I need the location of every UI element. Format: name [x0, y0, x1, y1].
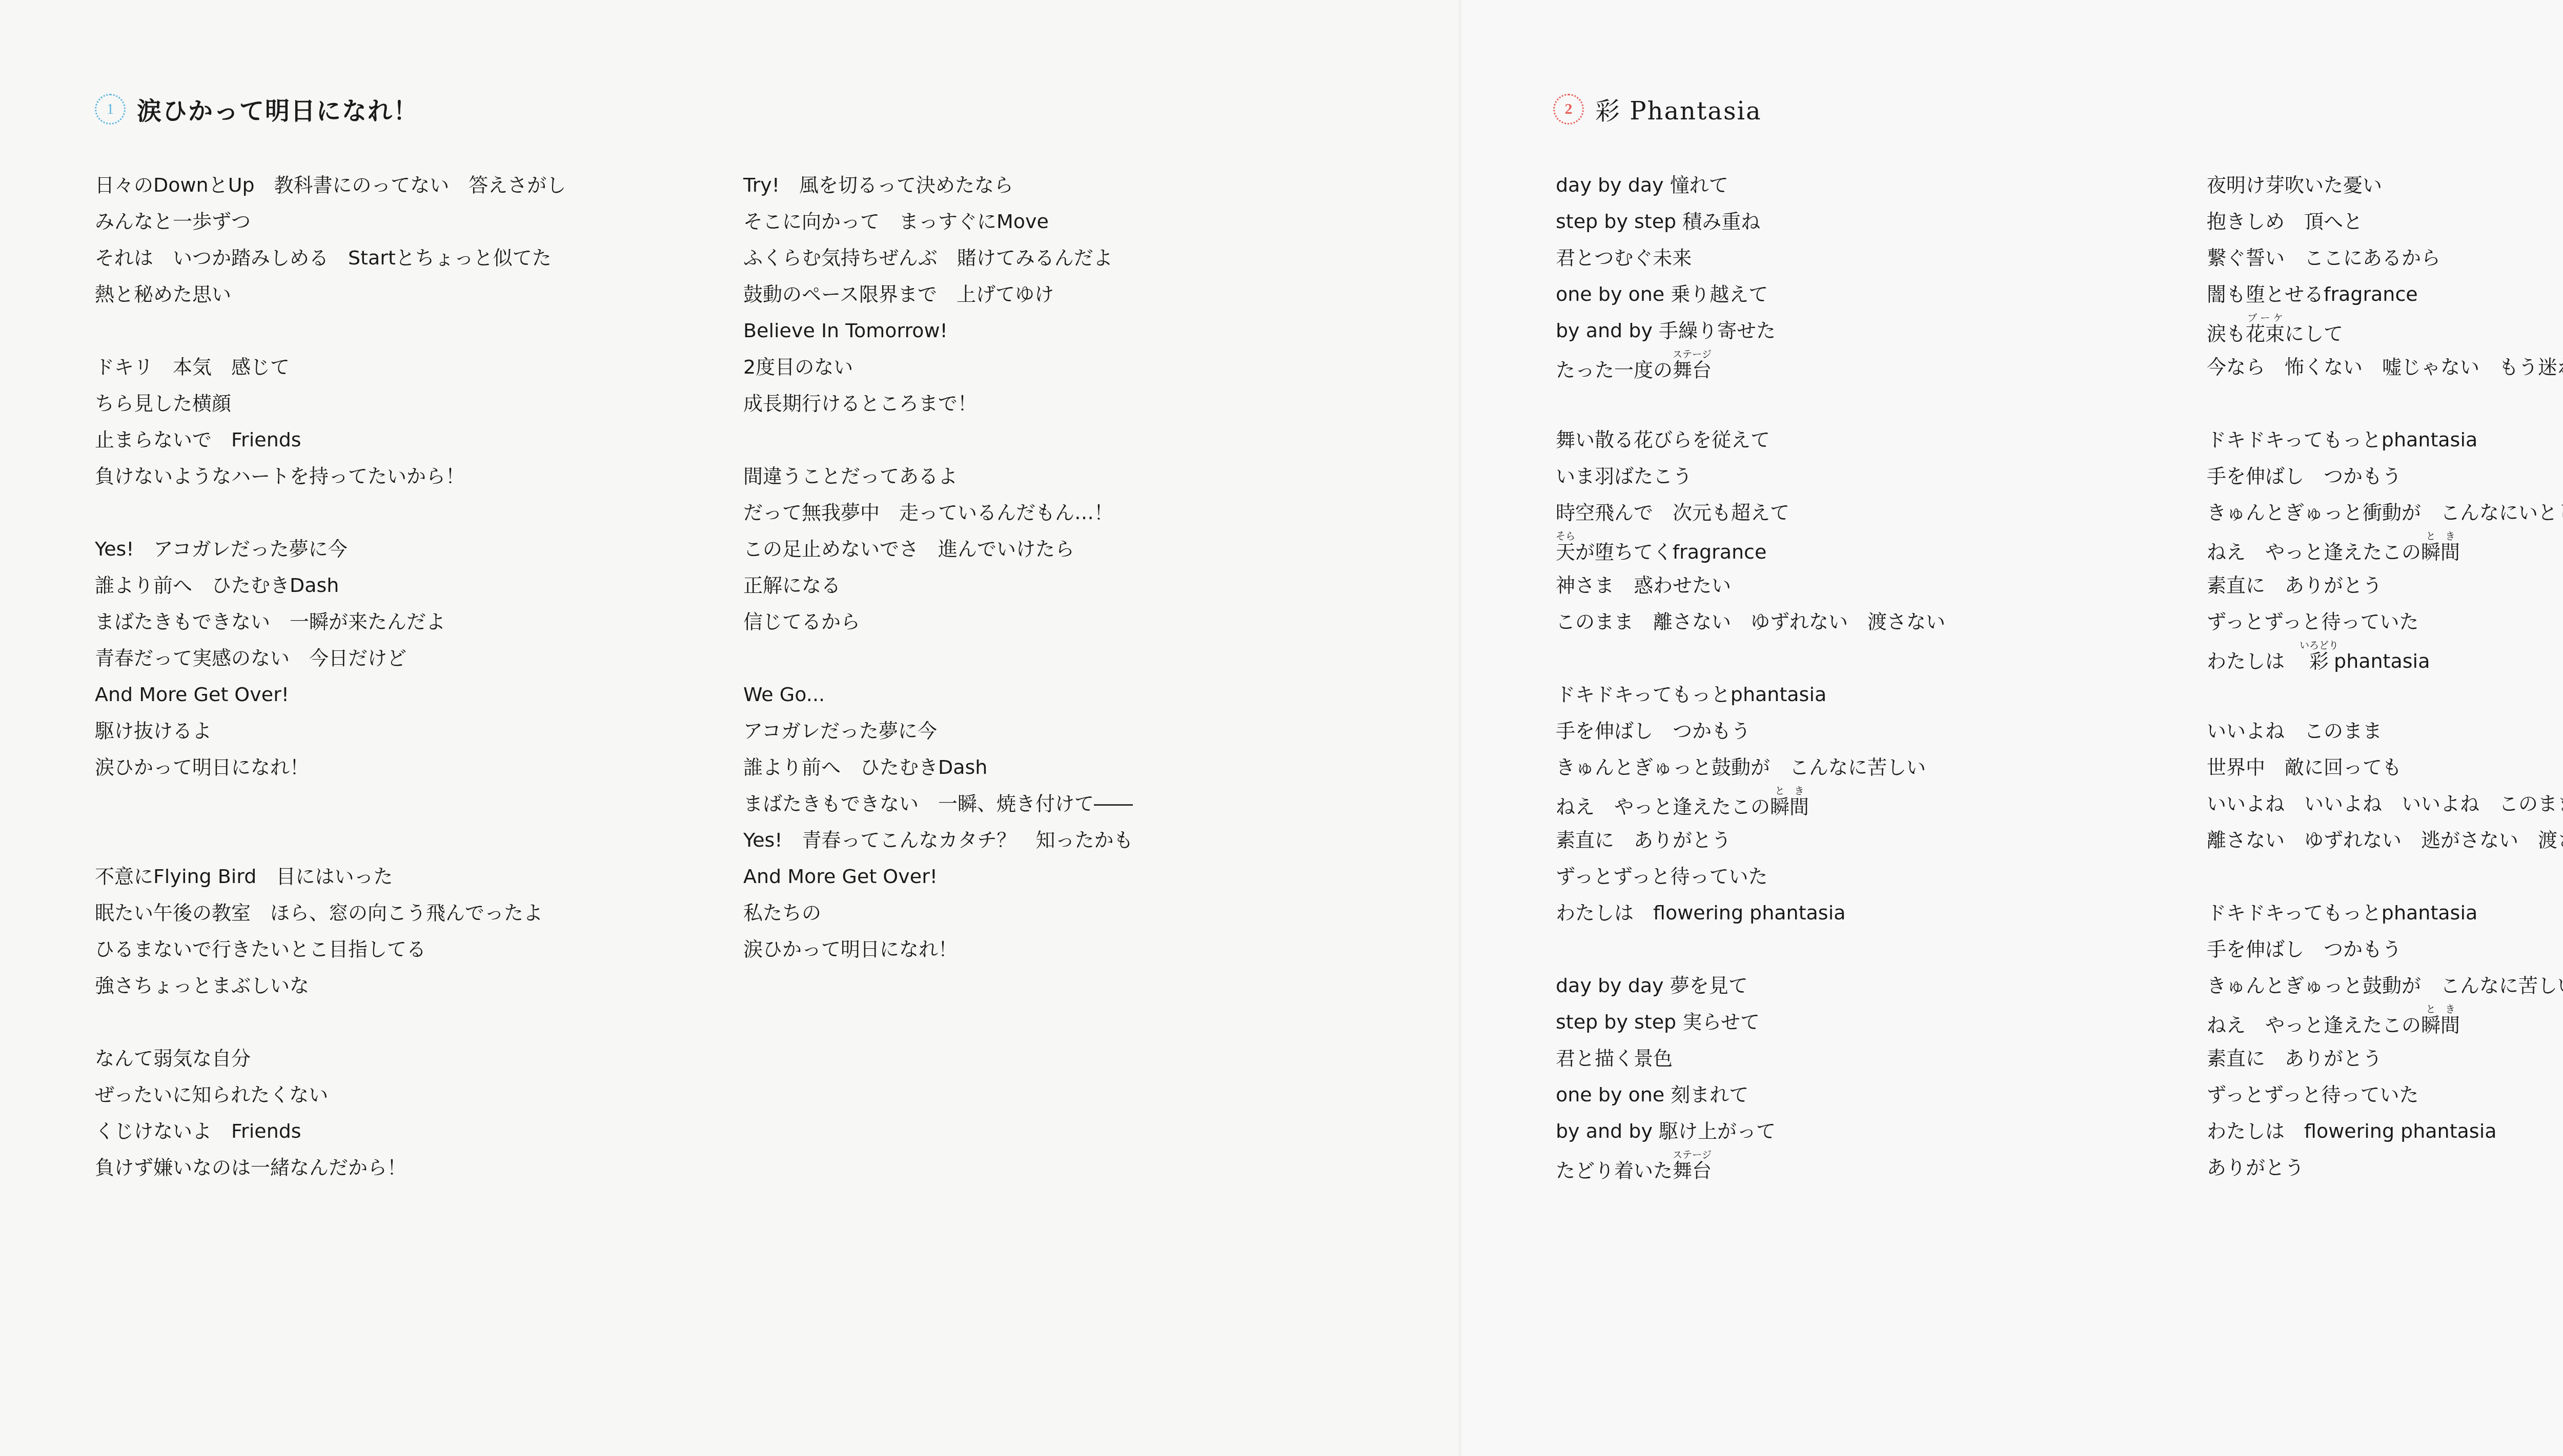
booklet-fold: [1459, 0, 1461, 1456]
lyrics-line: まばたきもできない 一瞬が来たんだよ: [95, 604, 566, 640]
lyrics-line: Try! 風を切るって決めたなら: [743, 167, 1133, 203]
lyrics-line: ねえ やっと逢えたこの瞬間とき: [2207, 531, 2563, 567]
lyrics-line: この足止めないでさ 進んでいけたら: [743, 531, 1133, 567]
lyrics-line: ドキドキってもっとphantasia: [2207, 422, 2563, 458]
lyrics-line: by and by 手繰り寄せた: [1556, 313, 1945, 349]
lyrics-line: Believe In Tomorrow!: [743, 313, 1133, 349]
lyrics-line: 君と描く景色: [1556, 1040, 1945, 1077]
furigana-reading: とき: [2421, 531, 2460, 542]
lyrics-line: 素直に ありがとう: [1556, 822, 1945, 858]
lyrics-line: 繋ぐ誓い ここにあるから: [2207, 240, 2563, 276]
lyrics-column: day by day 憧れてstep by step 積み重ね君とつむぐ未来on…: [1556, 167, 1945, 1222]
furigana-word: 花束ブーケ: [2246, 322, 2285, 345]
lyrics-line: ちら見した横顔: [95, 385, 566, 422]
lyrics-line: Yes! アコガレだった夢に今: [95, 531, 566, 567]
lyrics-line: 鼓動のペース限界まで 上げてゆけ: [743, 276, 1133, 313]
lyrics-line: ひるまないで行きたいとこ目指してる: [95, 931, 566, 968]
lyrics-line: 涙ひかって明日になれ！: [95, 749, 566, 786]
lyrics-line: みんなと一歩ずつ: [95, 203, 566, 240]
lyrics-line: なんて弱気な自分: [95, 1040, 566, 1077]
lyrics-line: 手を伸ばし つかもう: [1556, 713, 1945, 749]
lyrics-line: ねえ やっと逢えたこの瞬間とき: [2207, 1004, 2563, 1040]
lyrics-line: 手を伸ばし つかもう: [2207, 458, 2563, 495]
lyrics-line: 世界中 敵に回っても: [2207, 749, 2563, 786]
lyrics-line: one by one 刻まれて: [1556, 1077, 1945, 1113]
lyrics-line: きゅんとぎゅっと鼓動が こんなに苦しい: [2207, 968, 2563, 1004]
lyrics-line: 神さま 惑わせたい: [1556, 567, 1945, 604]
lyrics-line: きゅんとぎゅっと鼓動が こんなに苦しい: [1556, 749, 1945, 786]
furigana-word: 天そら: [1556, 541, 1575, 563]
lyrics-line: 涙ひかって明日になれ！: [743, 931, 1133, 968]
song-title-text: 彩 Phantasia: [1595, 91, 1762, 127]
lyrics-line: day by day 夢を見て: [1556, 968, 1945, 1004]
lyrics-line: ありがとう: [2207, 1150, 2563, 1186]
lyrics-stanza: 不意にFlying Bird 目にはいった眠たい午後の教室 ほら、窓の向こう飛ん…: [95, 858, 566, 1004]
lyrics-line: 日々のDownとUp 教科書にのってない 答えさがし: [95, 167, 566, 203]
lyrics-stanza: ドキドキってもっとphantasia手を伸ばし つかもうきゅんとぎゅっと鼓動が …: [2207, 895, 2563, 1186]
lyrics-line: 青春だって実感のない 今日だけど: [95, 640, 566, 676]
lyrics-line: このまま 離さない ゆずれない 渡さない: [1556, 604, 1945, 640]
lyrics-line: 眠たい午後の教室 ほら、窓の向こう飛んでったよ: [95, 895, 566, 931]
lyrics-line: 駆け抜けるよ: [95, 713, 566, 749]
lyrics-line: まばたきもできない 一瞬、焼き付けて――: [743, 786, 1133, 822]
lyrics-line: 2度目のない: [743, 349, 1133, 385]
song-title-text: 涙ひかって明日になれ！: [137, 91, 419, 127]
furigana-reading: そら: [1556, 531, 1575, 542]
lyrics-line: 負けないようなハートを持ってたいから！: [95, 458, 566, 495]
lyrics-line: 誰より前へ ひたむきDash: [95, 567, 566, 604]
lyrics-line: 舞い散る花びらを従えて: [1556, 422, 1945, 458]
lyrics-stanza: いいよね このまま世界中 敵に回ってもいいよね いいよね いいよね このまま離さ…: [2207, 713, 2563, 858]
lyrics-line: one by one 乗り越えて: [1556, 276, 1945, 313]
lyrics-line: いいよね いいよね いいよね このまま: [2207, 786, 2563, 822]
lyrics-line: by and by 駆け上がって: [1556, 1113, 1945, 1150]
lyrics-line: 強さちょっとまぶしいな: [95, 968, 566, 1004]
furigana-reading: とき: [2421, 1004, 2460, 1015]
lyrics-stanza: 舞い散る花びらを従えていま羽ばたこう時空飛んで 次元も超えて天そらが堕ちてくfr…: [1556, 422, 1945, 640]
lyrics-line: And More Get Over!: [95, 676, 566, 713]
lyrics-line: ずっとずっと待っていた: [2207, 1077, 2563, 1113]
lyrics-line: ドキドキってもっとphantasia: [2207, 895, 2563, 931]
furigana-reading: ブーケ: [2246, 313, 2285, 324]
lyrics-stanza: なんて弱気な自分ぜったいに知られたくないくじけないよ Friends負けず嫌いな…: [95, 1040, 566, 1186]
lyrics-line: 間違うことだってあるよ: [743, 458, 1133, 495]
lyrics-stanza: 間違うことだってあるよだって無我夢中 走っているんだもん…！この足止めないでさ …: [743, 458, 1133, 640]
lyrics-column: 夜明け芽吹いた憂い抱きしめ 頂へと繋ぐ誓い ここにあるから闇も堕とせるfragr…: [2207, 167, 2563, 1222]
track-number-badge: 1: [95, 94, 126, 125]
lyrics-line: 成長期行けるところまで！: [743, 385, 1133, 422]
lyrics-stanza: ドキドキってもっとphantasia手を伸ばし つかもうきゅんとぎゅっと衝動が …: [2207, 422, 2563, 676]
lyrics-line: 君とつむぐ未来: [1556, 240, 1945, 276]
lyrics-line: And More Get Over!: [743, 858, 1133, 895]
lyrics-line: step by step 実らせて: [1556, 1004, 1945, 1040]
lyrics-line: ふくらむ気持ちぜんぶ 賭けてみるんだよ: [743, 240, 1133, 276]
song-title-2: 2 彩 Phantasia: [1553, 91, 1762, 127]
lyrics-line: そこに向かって まっすぐにMove: [743, 203, 1133, 240]
lyrics-line: ねえ やっと逢えたこの瞬間とき: [1556, 786, 1945, 822]
song-title-1: 1 涙ひかって明日になれ！: [95, 91, 419, 127]
track-number-badge: 2: [1553, 94, 1584, 125]
lyrics-line: 今なら 怖くない 嘘じゃない もう迷わない: [2207, 349, 2563, 385]
lyrics-line: わたしは 彩いろどりphantasia: [2207, 640, 2563, 676]
lyrics-line: いま羽ばたこう: [1556, 458, 1945, 495]
lyrics-line: ドキドキってもっとphantasia: [1556, 676, 1945, 713]
lyrics-line: ずっとずっと待っていた: [2207, 604, 2563, 640]
furigana-word: 舞台ステージ: [1673, 359, 1712, 381]
lyrics-line: day by day 憧れて: [1556, 167, 1945, 203]
lyrics-line: 闇も堕とせるfragrance: [2207, 276, 2563, 313]
lyrics-line: We Go...: [743, 676, 1133, 713]
lyrics-line: たった一度の舞台ステージ: [1556, 349, 1945, 385]
furigana-word: 彩いろどり: [2304, 650, 2334, 672]
right-page: 2 彩 Phantasia day by day 憧れてstep by step…: [1460, 0, 2563, 1456]
lyrics-stanza: Try! 風を切るって決めたならそこに向かって まっすぐにMoveふくらむ気持ち…: [743, 167, 1133, 422]
lyrics-stanza: 夜明け芽吹いた憂い抱きしめ 頂へと繋ぐ誓い ここにあるから闇も堕とせるfragr…: [2207, 167, 2563, 385]
lyrics-line: 涙も花束ブーケにして: [2207, 313, 2563, 349]
furigana-reading: ステージ: [1673, 349, 1712, 360]
lyrics-line: 抱きしめ 頂へと: [2207, 203, 2563, 240]
lyrics-line: 素直に ありがとう: [2207, 1040, 2563, 1077]
lyrics-stanza: Yes! アコガレだった夢に今誰より前へ ひたむきDashまばたきもできない 一…: [95, 531, 566, 786]
lyrics-line: くじけないよ Friends: [95, 1113, 566, 1150]
lyrics-line: 負けず嫌いなのは一緒なんだから！: [95, 1150, 566, 1186]
lyrics-line: 熱と秘めた思い: [95, 276, 566, 313]
lyrics-line: だって無我夢中 走っているんだもん…！: [743, 495, 1133, 531]
furigana-reading: いろどり: [2300, 640, 2338, 651]
lyrics-line: ぜったいに知られたくない: [95, 1077, 566, 1113]
furigana-word: 瞬間とき: [2421, 1014, 2460, 1036]
lyrics-line: 素直に ありがとう: [2207, 567, 2563, 604]
lyrics-stanza: day by day 夢を見てstep by step 実らせて君と描く景色on…: [1556, 968, 1945, 1186]
lyrics-line: step by step 積み重ね: [1556, 203, 1945, 240]
lyrics-line: 誰より前へ ひたむきDash: [743, 749, 1133, 786]
lyrics-line: アコガレだった夢に今: [743, 713, 1133, 749]
lyrics-stanza: We Go...アコガレだった夢に今誰より前へ ひたむきDashまばたきもできな…: [743, 676, 1133, 968]
lyrics-line: ドキリ 本気 感じて: [95, 349, 566, 385]
lyrics-line: Yes! 青春ってこんなカタチ？ 知ったかも: [743, 822, 1133, 858]
lyrics-line: 時空飛んで 次元も超えて: [1556, 495, 1945, 531]
lyrics-line: いいよね このまま: [2207, 713, 2563, 749]
lyrics-stanza: 日々のDownとUp 教科書にのってない 答えさがしみんなと一歩ずつそれは いつ…: [95, 167, 566, 313]
furigana-word: 瞬間とき: [1770, 795, 1809, 818]
furigana-word: 瞬間とき: [2421, 541, 2460, 563]
lyrics-line: 信じてるから: [743, 604, 1133, 640]
lyrics-line: ずっとずっと待っていた: [1556, 858, 1945, 895]
left-page: 1 涙ひかって明日になれ！ 日々のDownとUp 教科書にのってない 答えさがし…: [0, 0, 1460, 1456]
lyrics-stanza: ドキリ 本気 感じてちら見した横顔止まらないで Friends負けないようなハー…: [95, 349, 566, 495]
lyrics-line: わたしは flowering phantasia: [2207, 1113, 2563, 1150]
lyrics-line: 天そらが堕ちてくfragrance: [1556, 531, 1945, 567]
lyrics-column: 日々のDownとUp 教科書にのってない 答えさがしみんなと一歩ずつそれは いつ…: [95, 167, 566, 1222]
lyrics-line: 止まらないで Friends: [95, 422, 566, 458]
lyrics-line: 離さない ゆずれない 逃がさない 渡さない: [2207, 822, 2563, 858]
furigana-word: 舞台ステージ: [1673, 1159, 1712, 1182]
furigana-reading: ステージ: [1673, 1150, 1712, 1161]
lyrics-line: 私たちの: [743, 895, 1133, 931]
lyrics-line: きゅんとぎゅっと衝動が こんなにいとしい: [2207, 495, 2563, 531]
lyrics-line: 不意にFlying Bird 目にはいった: [95, 858, 566, 895]
lyrics-line: 正解になる: [743, 567, 1133, 604]
lyrics-column: Try! 風を切るって決めたならそこに向かって まっすぐにMoveふくらむ気持ち…: [743, 167, 1133, 1004]
furigana-reading: とき: [1770, 786, 1809, 797]
lyrics-stanza: day by day 憧れてstep by step 積み重ね君とつむぐ未来on…: [1556, 167, 1945, 385]
lyrics-line: たどり着いた舞台ステージ: [1556, 1150, 1945, 1186]
lyrics-line: 夜明け芽吹いた憂い: [2207, 167, 2563, 203]
lyrics-line: それは いつか踏みしめる Startとちょっと似てた: [95, 240, 566, 276]
lyrics-stanza: ドキドキってもっとphantasia手を伸ばし つかもうきゅんとぎゅっと鼓動が …: [1556, 676, 1945, 931]
lyrics-line: わたしは flowering phantasia: [1556, 895, 1945, 931]
lyrics-line: 手を伸ばし つかもう: [2207, 931, 2563, 968]
